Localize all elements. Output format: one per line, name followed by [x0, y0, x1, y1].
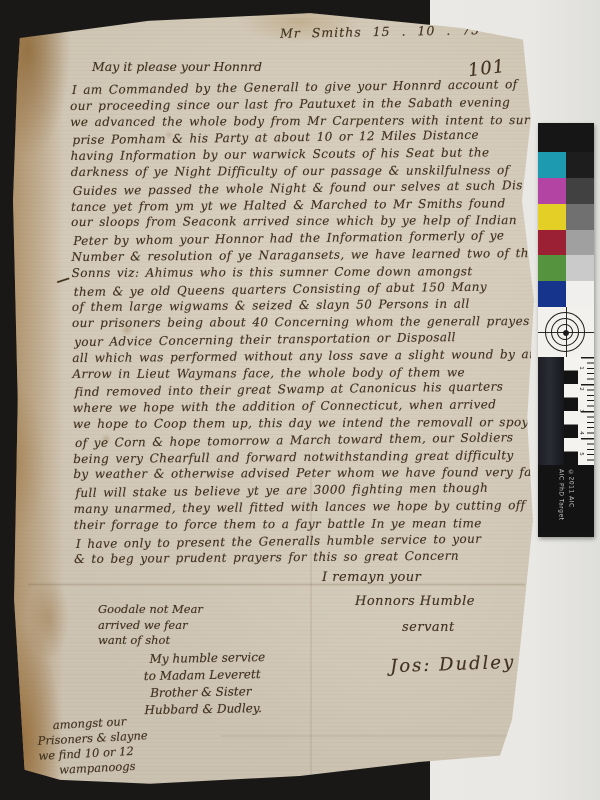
color-patch-row	[538, 255, 594, 281]
color-patch-row	[538, 178, 594, 204]
color-patch	[538, 152, 566, 178]
target-label: AIC PhD Target ©2011 AIC	[538, 465, 594, 531]
gray-patch	[566, 230, 594, 256]
postscript-line: My humble service	[149, 649, 267, 668]
closing-line: I remayn your	[322, 570, 421, 585]
closing-line: Honnors Humble	[355, 594, 475, 609]
ruler-ticks: 12345	[578, 357, 594, 465]
color-patch-row	[538, 281, 594, 307]
postscript-line: Brother & Sister	[150, 683, 268, 702]
color-patch	[538, 230, 566, 256]
color-patch	[538, 255, 566, 281]
target-ruler: 12345	[538, 357, 594, 465]
corner-note: amongst ourPrisoners & slaynewe find 10 …	[37, 713, 150, 779]
bullseye-icon	[538, 307, 594, 357]
ruler-number: 1	[578, 366, 584, 370]
letter-body: I am Commanded by the Generall to give y…	[70, 77, 544, 568]
gray-patch	[566, 178, 594, 204]
postscript-line: Hubbard & Dudley.	[144, 700, 262, 719]
gray-patch	[566, 255, 594, 281]
color-calibration-target: 12345 AIC PhD Target ©2011 AIC	[538, 123, 594, 537]
color-patch	[538, 178, 566, 204]
color-patch	[538, 281, 566, 307]
postscript: My humble serviceto Madam LeverettBrothe…	[149, 649, 268, 719]
ruler-numbers: 12345	[579, 357, 583, 465]
photograph-frame: Mr Smiths 15 . 10 . 75 101 May it please…	[0, 0, 600, 800]
target-label-text: AIC PhD Target	[558, 469, 565, 531]
bullseye-center-dot	[563, 330, 569, 336]
checker-scale	[564, 357, 578, 465]
gloss-reference-strip	[538, 357, 564, 465]
signature: Jos: Dudley	[390, 652, 516, 677]
color-patch	[538, 204, 566, 230]
postscript-line: to Madam Leverett	[144, 666, 262, 685]
color-patch-row	[538, 152, 594, 178]
target-black-patch	[538, 123, 594, 152]
color-patch-row	[538, 230, 594, 256]
manuscript-page: Mr Smiths 15 . 10 . 75 101 May it please…	[12, 10, 535, 790]
ruler-number: 5	[578, 452, 584, 456]
side-note: Goodale not Meararrived we fearwant of s…	[98, 602, 203, 649]
side-note-line: arrived we fear	[98, 618, 203, 634]
gray-patch	[566, 204, 594, 230]
color-patch-row	[538, 204, 594, 230]
side-note-line: Goodale not Mear	[98, 602, 203, 618]
target-copyright-text: ©2011 AIC	[568, 469, 575, 531]
side-note-line: want of shot	[98, 633, 203, 649]
margin-mark: —	[54, 270, 72, 290]
ruler-number: 3	[578, 409, 584, 413]
letter-salutation: May it please your Honnrd	[92, 59, 262, 74]
gray-patch	[566, 152, 594, 178]
fold-crease	[221, 735, 509, 737]
color-patch-rows	[538, 152, 594, 307]
closing-line: servant	[402, 620, 455, 635]
fold-crease	[28, 583, 525, 586]
gray-patch	[566, 281, 594, 307]
ruler-number: 4	[578, 431, 584, 435]
ruler-number: 2	[578, 388, 584, 392]
